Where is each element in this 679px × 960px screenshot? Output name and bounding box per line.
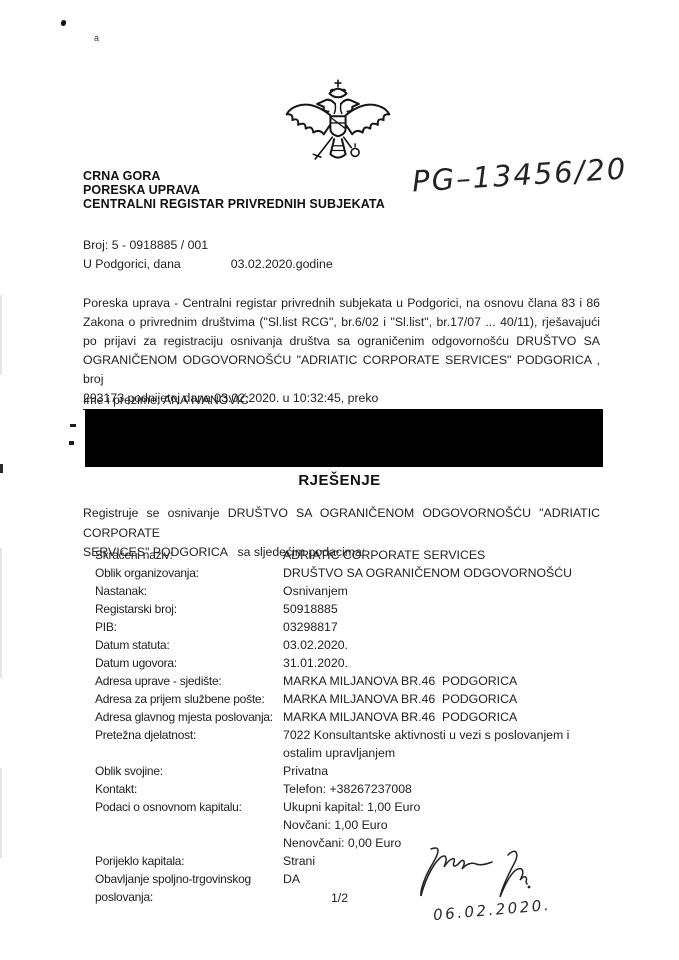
field-label: Oblik organizovanja:	[95, 564, 283, 582]
table-row: Adresa za prijem službene pošte:MARKA MI…	[95, 690, 605, 708]
scan-edge-streak	[0, 548, 2, 678]
field-label: PIB:	[95, 618, 283, 636]
field-label: Porijeklo kapitala:	[95, 852, 283, 870]
field-label: Pretežna djelatnost:	[95, 726, 283, 762]
table-row: PIB:03298817	[95, 618, 605, 636]
field-value: ADRIATIC CORPORATE SERVICES	[283, 546, 605, 564]
table-row: Datum statuta:03.02.2020.	[95, 636, 605, 654]
country-name: CRNA GORA	[83, 169, 385, 183]
place-date-line: U Podgorici, dana03.02.2020.godine	[83, 255, 333, 274]
scan-speck	[69, 441, 74, 445]
scan-speck	[70, 424, 76, 427]
field-label: Podaci o osnovnom kapitalu:	[95, 798, 283, 852]
table-row: Adresa glavnog mjesta poslovanja:MARKA M…	[95, 708, 605, 726]
field-value: 03.02.2020.	[283, 636, 605, 654]
issuing-authority-block: CRNA GORA PORESKA UPRAVA CENTRALNI REGIS…	[83, 169, 385, 211]
field-label: Registarski broj:	[95, 600, 283, 618]
field-label: Kontakt:	[95, 780, 283, 798]
table-row: Kontakt:Telefon: +38267237008	[95, 780, 605, 798]
field-label: Adresa uprave - sjedište:	[95, 672, 283, 690]
field-label: Adresa glavnog mjesta poslovanja:	[95, 708, 283, 726]
table-row: Pretežna djelatnost:7022 Konsultantske a…	[95, 726, 605, 762]
field-value: 03298817	[283, 618, 605, 636]
scanned-document-page: a	[0, 0, 679, 960]
field-value: Osnivanjem	[283, 582, 605, 600]
montenegro-coat-of-arms-icon	[281, 78, 395, 166]
lead-line: Registruje se osnivanje DRUŠTVO SA OGRAN…	[83, 504, 600, 543]
field-value: 50918885	[283, 600, 605, 618]
field-label: Nastanak:	[95, 582, 283, 600]
page-indicator: 1/2	[0, 891, 679, 905]
document-number-line: Broj: 5 - 0918885 / 001	[83, 236, 333, 255]
document-date: 03.02.2020.godine	[231, 257, 333, 271]
field-value: 31.01.2020.	[283, 654, 605, 672]
intro-line: Zakona o privrednim društvima ("Sl.list …	[83, 313, 600, 332]
table-row: Adresa uprave - sjedište:MARKA MILJANOVA…	[95, 672, 605, 690]
table-row: Datum ugovora:31.01.2020.	[95, 654, 605, 672]
applicant-name-line: Ime i prezime: ANA IVANOVIĆ	[83, 393, 603, 410]
scan-edge-streak	[0, 295, 2, 375]
field-label: Oblik svojine:	[95, 762, 283, 780]
place-prefix: U Podgorici, dana	[83, 257, 181, 271]
field-label: Adresa za prijem službene pošte:	[95, 690, 283, 708]
field-value: 7022 Konsultantske aktivnosti u vezi s p…	[283, 726, 605, 762]
table-row: Nastanak:Osnivanjem	[95, 582, 605, 600]
scan-speck	[60, 19, 67, 26]
field-value: Privatna	[283, 762, 605, 780]
field-value: DRUŠTVO SA OGRANIČENOM ODGOVORNOŠĆU	[283, 564, 605, 582]
handwritten-case-number: PG–13456/20	[411, 151, 628, 198]
table-row: Skraćeni naziv:ADRIATIC CORPORATE SERVIC…	[95, 546, 605, 564]
document-meta: Broj: 5 - 0918885 / 001 U Podgorici, dan…	[83, 236, 333, 274]
intro-line: OGRANIČENOM ODGOVORNOŠĆU "ADRIATIC CORPO…	[83, 351, 600, 389]
field-value: Telefon: +38267237008	[283, 780, 605, 798]
field-value: MARKA MILJANOVA BR.46 PODGORICA	[283, 672, 605, 690]
field-value: MARKA MILJANOVA BR.46 PODGORICA	[283, 708, 605, 726]
field-value: MARKA MILJANOVA BR.46 PODGORICA	[283, 690, 605, 708]
field-label: Datum ugovora:	[95, 654, 283, 672]
registry-name: CENTRALNI REGISTAR PRIVREDNIH SUBJEKATA	[83, 197, 385, 211]
table-row: Registarski broj:50918885	[95, 600, 605, 618]
field-label: Skraćeni naziv:	[95, 546, 283, 564]
decision-title: RJEŠENJE	[0, 472, 679, 489]
scan-edge-streak	[0, 768, 2, 858]
scan-mark: a	[94, 33, 99, 43]
field-label: Datum statuta:	[95, 636, 283, 654]
authority-name: PORESKA UPRAVA	[83, 183, 385, 197]
table-row: Oblik svojine:Privatna	[95, 762, 605, 780]
intro-paragraph: Poreska uprava - Centralni registar priv…	[83, 294, 600, 408]
redaction-block	[85, 409, 603, 467]
table-row: Oblik organizovanja:DRUŠTVO SA OGRANIČEN…	[95, 564, 605, 582]
intro-line: po prijavi za registraciju osnivanja dru…	[83, 332, 600, 351]
intro-line: Poreska uprava - Centralni registar priv…	[83, 294, 600, 313]
